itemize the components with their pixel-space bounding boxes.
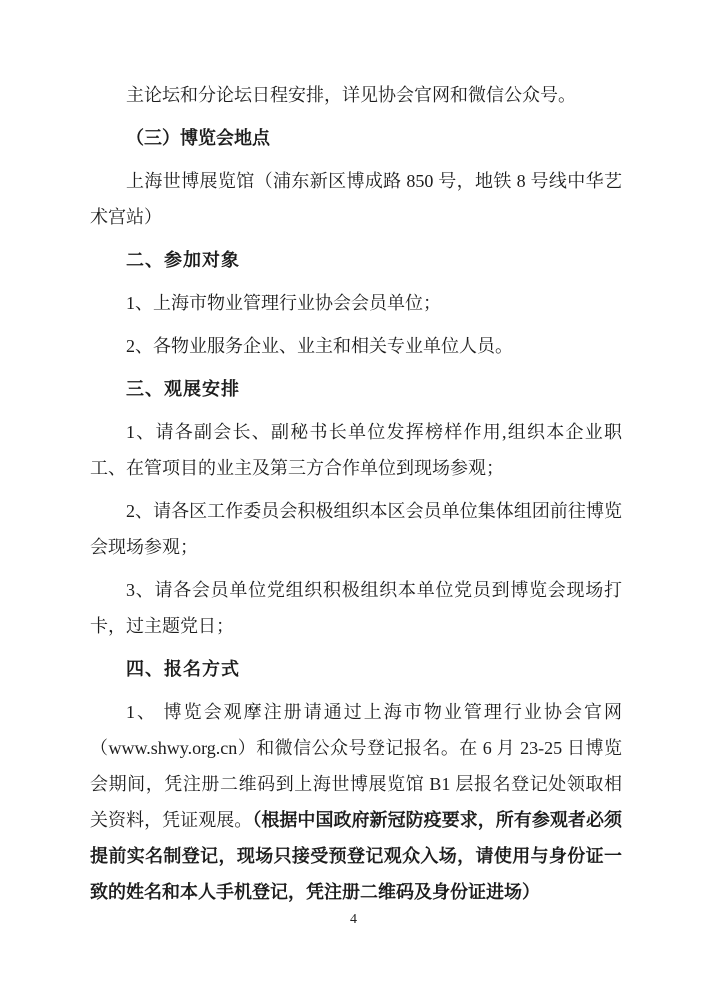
heading-participants: 二、参加对象 xyxy=(90,242,622,278)
heading-expo-location: （三）博览会地点 xyxy=(90,120,622,156)
list-item-viewing-2: 2、请各区工作委员会积极组织本区会员单位集体组团前往博览会现场参观； xyxy=(90,493,622,565)
paragraph-expo-venue: 上海世博展览馆（浦东新区博成路 850 号，地铁 8 号线中华艺术宫站） xyxy=(90,163,622,235)
paragraph-registration: 1、 博览会观摩注册请通过上海市物业管理行业协会官网（www.shwy.org.… xyxy=(90,694,622,910)
document-page: 主论坛和分论坛日程安排，详见协会官网和微信公众号。 （三）博览会地点 上海世博展… xyxy=(0,0,707,1000)
list-item-participants-2: 2、各物业服务企业、业主和相关专业单位人员。 xyxy=(90,328,622,364)
list-item-viewing-3: 3、请各会员单位党组织积极组织本单位党员到博览会现场打卡，过主题党日； xyxy=(90,572,622,644)
list-item-viewing-1: 1、请各副会长、副秘书长单位发挥榜样作用,组织本企业职工、在管项目的业主及第三方… xyxy=(90,414,622,486)
document-text-block: 主论坛和分论坛日程安排，详见协会官网和微信公众号。 （三）博览会地点 上海世博展… xyxy=(90,77,622,917)
list-item-participants-1: 1、上海市物业管理行业协会会员单位； xyxy=(90,285,622,321)
heading-registration-method: 四、报名方式 xyxy=(90,651,622,687)
page-number: 4 xyxy=(0,910,707,930)
heading-viewing-arrangement: 三、观展安排 xyxy=(90,371,622,407)
paragraph-forum-schedule: 主论坛和分论坛日程安排，详见协会官网和微信公众号。 xyxy=(90,77,622,113)
